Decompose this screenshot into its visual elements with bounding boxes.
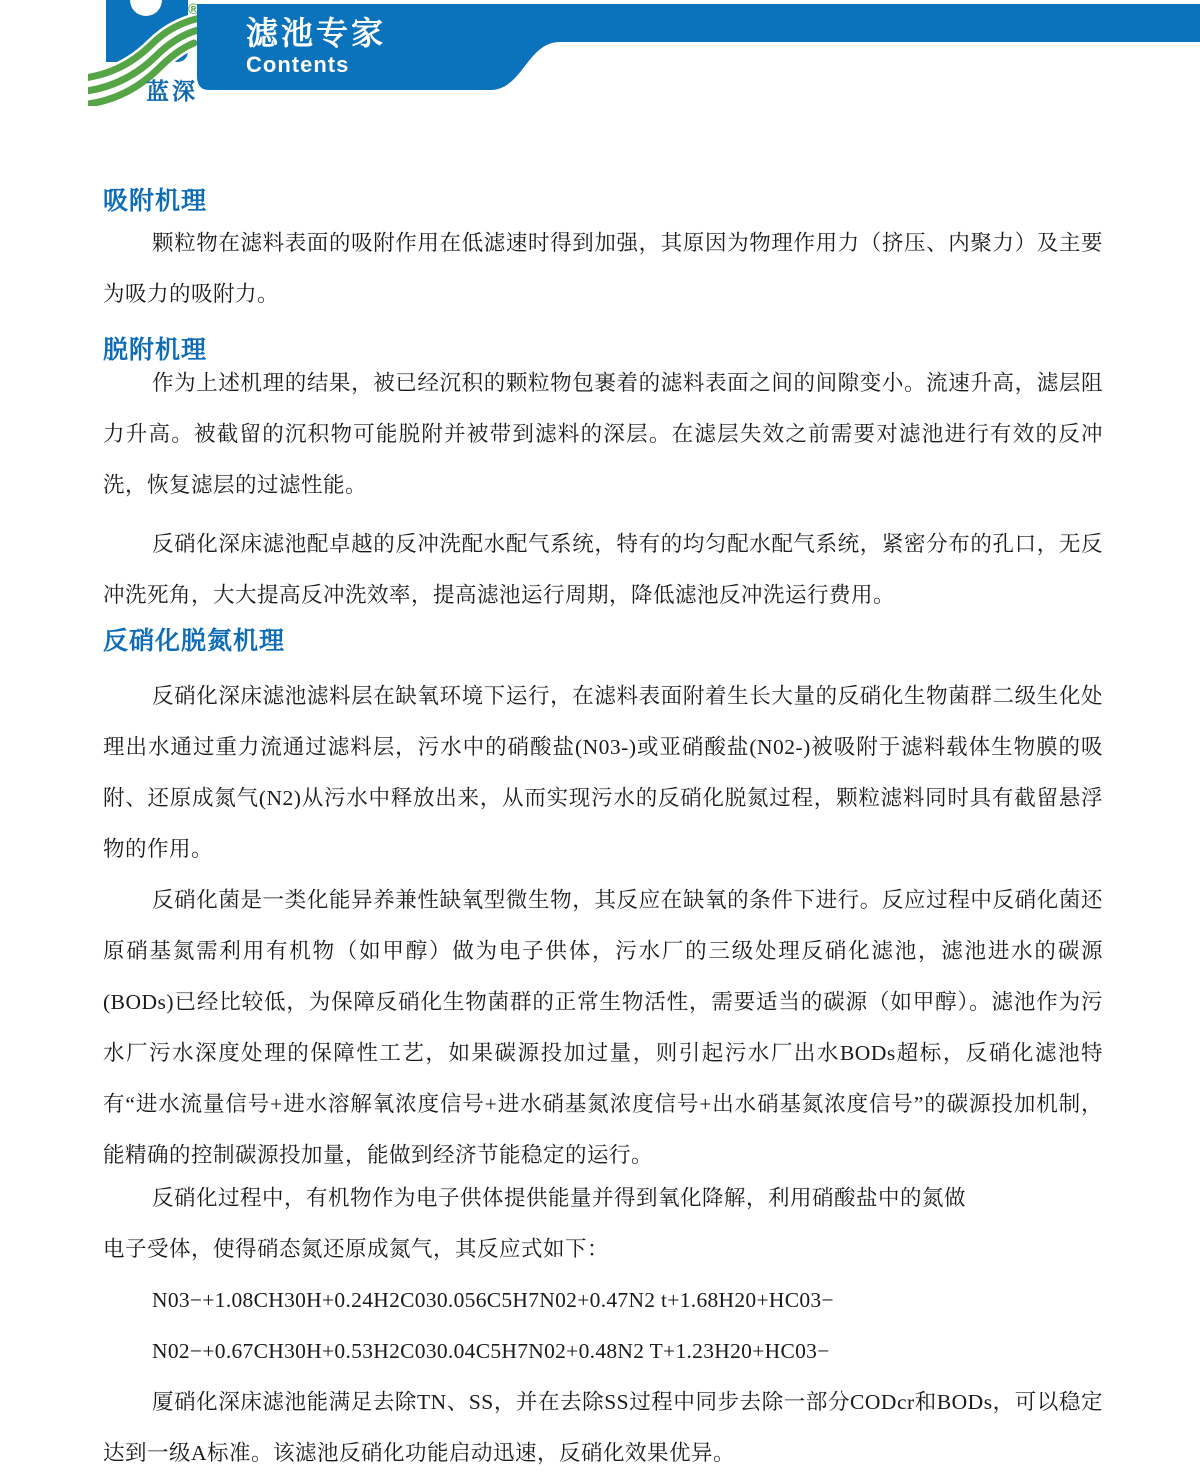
equation-nitrite: N02−+0.67CH30H+0.53H2C030.04C5H7N02+0.48… [103, 1326, 1103, 1377]
paragraph-denitrification-3: 反硝化过程中，有机物作为电子供体提供能量并得到氧化降解，利用硝酸盐中的氮做电子受… [103, 1173, 978, 1275]
paragraph-desorption-2: 反硝化深床滤池配卓越的反冲洗配水配气系统，特有的均匀配水配气系统，紧密分布的孔口… [103, 519, 1103, 621]
equation-nitrate: N03−+1.08CH30H+0.24H2C030.056C5H7N02+0.4… [103, 1275, 1103, 1326]
paragraph-denitrification-4: 厦硝化深床滤池能满足去除TN、SS，并在去除SS过程中同步去除一部分CODcr和… [103, 1377, 1103, 1479]
paragraph-desorption-1: 作为上述机理的结果，被已经沉积的颗粒物包裹着的滤料表面之间的间隙变小。流速升高，… [103, 358, 1103, 511]
section-heading-denitrification: 反硝化脱氮机理 [103, 626, 1103, 656]
section-heading-adsorption: 吸附机理 [103, 186, 1103, 216]
document-page: 蓝深 ® 滤池专家 Contents 吸附机理 颗粒物在滤料表面的吸附作用在低滤… [0, 0, 1200, 1480]
paragraph-adsorption-1: 颗粒物在滤料表面的吸附作用在低滤速时得到加强，其原因为物理作用力（挤压、内聚力）… [103, 218, 1103, 320]
paragraph-denitrification-1: 反硝化深床滤池滤料层在缺氧环境下运行，在滤料表面附着生长大量的反硝化生物菌群二级… [103, 671, 1103, 875]
paragraph-denitrification-2: 反硝化菌是一类化能异养兼性缺氧型微生物，其反应在缺氧的条件下进行。反应过程中反硝… [103, 875, 1103, 1181]
document-content: 吸附机理 颗粒物在滤料表面的吸附作用在低滤速时得到加强，其原因为物理作用力（挤压… [0, 0, 1200, 1480]
